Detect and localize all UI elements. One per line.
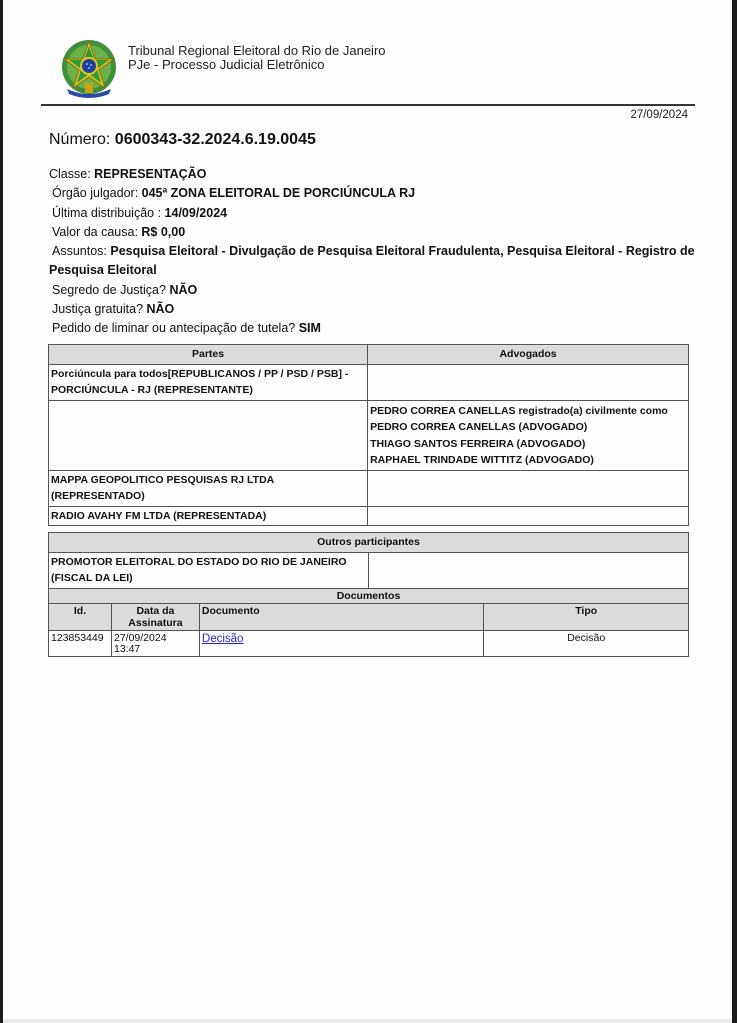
field-value: 045ª ZONA ELEITORAL DE PORCIÚNCULA RJ: [142, 186, 415, 200]
outros-participantes-header: Outros participantes: [49, 533, 689, 553]
field-label: Justiça gratuita?: [52, 302, 147, 316]
field-value: Pesquisa Eleitoral - Divulgação de Pesqu…: [49, 244, 695, 277]
partes-table: Partes Advogados Porciúncula para todos[…: [48, 344, 689, 526]
doc-tipo: Decisão: [484, 631, 689, 657]
outros-participantes-table: Outros participantes PROMOTOR ELEITORAL …: [48, 532, 689, 589]
parte-cell: Porciúncula para todos[REPUBLICANOS / PP…: [49, 364, 368, 400]
field-ultima-distribuicao: Última distribuição : 14/09/2024: [49, 204, 699, 223]
advogado-line: PEDRO CORREA CANELLAS (ADVOGADO): [370, 419, 686, 436]
col-documento: Documento: [199, 604, 483, 631]
field-label: Segredo de Justiça?: [52, 283, 169, 297]
table-row: PROMOTOR ELEITORAL DO ESTADO DO RIO DE J…: [49, 552, 689, 588]
doc-name-cell: Decisão: [199, 631, 483, 657]
system-name: PJe - Processo Judicial Eletrônico: [128, 57, 325, 72]
field-valor-causa: Valor da causa: R$ 0,00: [49, 223, 699, 242]
field-label: Órgão julgador:: [52, 186, 142, 200]
field-justica-gratuita: Justiça gratuita? NÃO: [49, 300, 699, 319]
table-row: Porciúncula para todos[REPUBLICANOS / PP…: [49, 364, 689, 400]
process-number-value: 0600343-32.2024.6.19.0045: [115, 131, 316, 148]
table-row: RADIO AVAHY FM LTDA (REPRESENTADA): [49, 506, 689, 526]
field-value: REPRESENTAÇÃO: [94, 167, 206, 181]
doc-date-time: 13:47: [114, 644, 197, 655]
documentos-table: Documentos Id. Data da Assinatura Docume…: [48, 588, 689, 657]
parte-cell: [49, 400, 368, 470]
advogados-cell: [368, 552, 688, 588]
process-number-label: Número:: [49, 131, 115, 148]
advogado-line: THIAGO SANTOS FERREIRA (ADVOGADO): [370, 436, 686, 453]
col-tipo: Tipo: [484, 604, 689, 631]
field-value: R$ 0,00: [141, 225, 185, 239]
parte-cell: MAPPA GEOPOLITICO PESQUISAS RJ LTDA (REP…: [49, 470, 368, 506]
field-assuntos: Assuntos: Pesquisa Eleitoral - Divulgaçã…: [49, 242, 699, 281]
brazil-coat-of-arms-icon: [57, 37, 121, 101]
doc-id: 123853449: [49, 631, 112, 657]
col-data-assinatura: Data da Assinatura: [111, 604, 199, 631]
process-details: Classe: REPRESENTAÇÃO Órgão julgador: 04…: [49, 165, 699, 339]
field-segredo-justica: Segredo de Justiça? NÃO: [49, 281, 699, 300]
table-row: PEDRO CORREA CANELLAS registrado(a) civi…: [49, 400, 689, 470]
field-value: NÃO: [169, 283, 197, 297]
field-value: NÃO: [147, 302, 175, 316]
doc-date: 27/09/2024 13:47: [111, 631, 199, 657]
field-value: SIM: [299, 321, 321, 335]
table-row: MAPPA GEOPOLITICO PESQUISAS RJ LTDA (REP…: [49, 470, 689, 506]
print-date: 27/09/2024: [630, 109, 688, 121]
header-divider: [41, 104, 695, 106]
field-pedido-liminar: Pedido de liminar ou antecipação de tute…: [49, 319, 699, 338]
advogados-cell: [368, 364, 689, 400]
field-label: Assuntos:: [52, 244, 110, 258]
field-label: Pedido de liminar ou antecipação de tute…: [52, 321, 299, 335]
field-label: Última distribuição :: [52, 206, 165, 220]
court-name: Tribunal Regional Eleitoral do Rio de Ja…: [128, 43, 386, 58]
doc-link-decisao[interactable]: Decisão: [202, 633, 244, 645]
table-row: 123853449 27/09/2024 13:47 Decisão Decis…: [49, 631, 689, 657]
parte-cell: PROMOTOR ELEITORAL DO ESTADO DO RIO DE J…: [49, 552, 369, 588]
col-id: Id.: [49, 604, 112, 631]
field-label: Classe:: [49, 167, 94, 181]
advogados-cell: PEDRO CORREA CANELLAS registrado(a) civi…: [368, 400, 689, 470]
advogado-line: RAPHAEL TRINDADE WITTITZ (ADVOGADO): [370, 452, 686, 469]
field-classe: Classe: REPRESENTAÇÃO: [49, 165, 699, 184]
documentos-header: Documentos: [49, 589, 689, 604]
advogados-cell: [368, 506, 689, 526]
advogados-cell: [368, 470, 689, 506]
page-bottom-edge: [3, 1019, 732, 1023]
field-orgao-julgador: Órgão julgador: 045ª ZONA ELEITORAL DE P…: [49, 184, 699, 203]
document-page: Tribunal Regional Eleitoral do Rio de Ja…: [3, 0, 732, 1019]
parte-cell: RADIO AVAHY FM LTDA (REPRESENTADA): [49, 506, 368, 526]
partes-header: Partes: [49, 345, 368, 365]
advogados-header: Advogados: [368, 345, 689, 365]
field-label: Valor da causa:: [52, 225, 141, 239]
field-value: 14/09/2024: [165, 206, 228, 220]
advogado-line: PEDRO CORREA CANELLAS registrado(a) civi…: [370, 403, 686, 420]
process-number: Número: 0600343-32.2024.6.19.0045: [49, 131, 316, 149]
